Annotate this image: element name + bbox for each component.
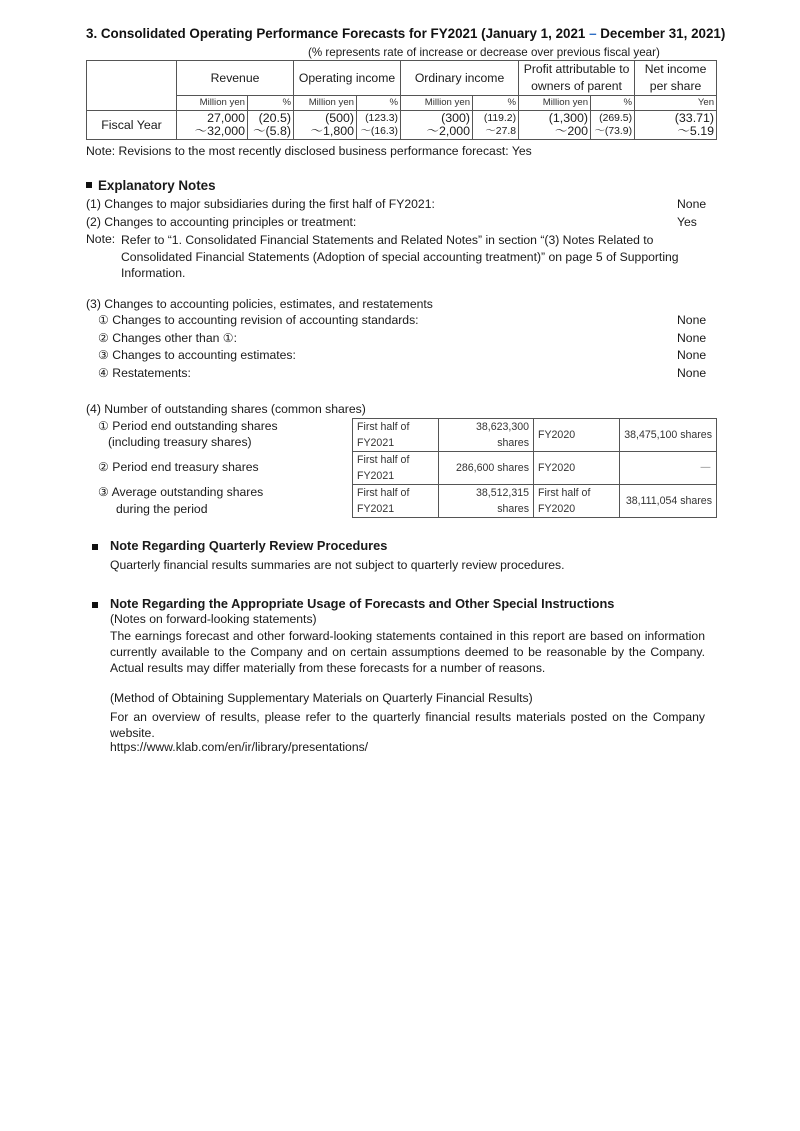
shares-row1-period1: First half ofFY2021 [353,419,439,452]
item2-value: Yes [677,215,697,229]
shares-table: First half ofFY2021 38,623,300 shares FY… [352,418,717,518]
presentations-link[interactable]: https://www.klab.com/en/ir/library/prese… [110,740,368,754]
explanatory-notes-heading: Explanatory Notes [86,178,216,193]
table-row: First half ofFY2021 38,512,315 shares Fi… [353,485,717,518]
square-bullet-icon [86,182,92,188]
item3-sub4-value: None [677,366,706,380]
item3-sub1-value: None [677,313,706,327]
header-net-income: Net income per share [635,61,717,96]
header-profit: Profit attributable to owners of parent [519,61,635,96]
item3-sub3-value: None [677,348,706,362]
unit-operating-income-pct: % [357,96,401,111]
unit-revenue-pct: % [248,96,294,111]
supplementary-subheading: (Method of Obtaining Supplementary Mater… [110,691,533,705]
cell-operating-income-pct: (123.3)～(16.3) [357,111,401,140]
item1-value: None [677,197,706,211]
shares-row1-value2: 38,475,100 shares [620,419,717,452]
cell-profit: (1,300)～200 [519,111,591,140]
cell-revenue: 27,000～32,000 [177,111,248,140]
shares-row3-label-line2: during the period [116,502,207,516]
header-ordinary-income: Ordinary income [401,61,519,96]
note-text: Refer to “1. Consolidated Financial Stat… [121,232,691,282]
cell-operating-income: (500)～1,800 [294,111,357,140]
supplementary-paragraph: For an overview of results, please refer… [110,709,705,741]
item3-label: (3) Changes to accounting policies, esti… [86,297,433,311]
cell-revenue-pct: (20.5)～(5.8) [248,111,294,140]
shares-row1-label-line1: ① Period end outstanding shares [98,419,278,433]
item3-sub2-value: None [677,331,706,345]
unit-profit-pct: % [591,96,635,111]
shares-row1-period2: FY2020 [534,419,620,452]
item3-sub2-label: ② Changes other than ①: [98,331,237,345]
revision-note: Note: Revisions to the most recently dis… [86,144,532,158]
header-revenue: Revenue [177,61,294,96]
forecast-title-suffix: December 31, 2021) [597,26,726,41]
shares-row3-value1: 38,512,315 shares [439,485,534,518]
header-profit-line2: owners of parent [531,79,622,93]
corner-cell [87,61,177,111]
forecast-usage-heading: Note Regarding the Appropriate Usage of … [110,596,614,611]
unit-ordinary-income-pct: % [473,96,519,111]
unit-net-income: Yen [635,96,717,111]
table-row: First half ofFY2021 38,623,300 shares FY… [353,419,717,452]
header-operating-income: Operating income [294,61,401,96]
item4-label: (4) Number of outstanding shares (common… [86,402,366,416]
row-label-fiscal-year: Fiscal Year [87,111,177,140]
forward-looking-paragraph: The earnings forecast and other forward-… [110,628,705,676]
item2-label: (2) Changes to accounting principles or … [86,215,356,229]
header-profit-line1: Profit attributable to [524,62,630,76]
shares-row3-label-line1: ③ Average outstanding shares [98,485,263,499]
shares-row3-period2: First half ofFY2020 [534,485,620,518]
table-row: First half ofFY2021 286,600 shares FY202… [353,452,717,485]
square-bullet-icon [92,544,98,550]
quarterly-review-text: Quarterly financial results summaries ar… [110,558,565,572]
note-label: Note: [86,232,115,246]
shares-row2-label-line1: ② Period end treasury shares [98,460,259,474]
quarterly-review-heading: Note Regarding Quarterly Review Procedur… [110,538,387,553]
forward-looking-subheading: (Notes on forward-looking statements) [110,612,317,626]
cell-profit-pct: (269.5)～(73.9) [591,111,635,140]
forecast-title-dash: – [589,26,596,41]
rate-note: (% represents rate of increase or decrea… [308,46,660,59]
unit-ordinary-income: Million yen [401,96,473,111]
shares-row3-period1: First half ofFY2021 [353,485,439,518]
table-row: Fiscal Year 27,000～32,000 (20.5)～(5.8) (… [87,111,717,140]
item1-label: (1) Changes to major subsidiaries during… [86,197,435,211]
shares-row1-value1: 38,623,300 shares [439,419,534,452]
header-net-income-line2: per share [650,79,702,93]
unit-profit: Million yen [519,96,591,111]
shares-row1-label-line2: (including treasury shares) [108,435,252,449]
cell-ordinary-income-pct: (119.2)～27.8 [473,111,519,140]
item3-sub3-label: ③ Changes to accounting estimates: [98,348,296,362]
item3-sub1-label: ① Changes to accounting revision of acco… [98,313,419,327]
item3-sub4-label: ④ Restatements: [98,366,191,380]
shares-row2-period2: FY2020 [534,452,620,485]
unit-revenue: Million yen [177,96,248,111]
forecast-title: 3. Consolidated Operating Performance Fo… [86,26,725,41]
header-net-income-line1: Net income [645,62,707,76]
shares-row2-value2: － [620,452,717,485]
shares-row2-value1: 286,600 shares [439,452,534,485]
cell-ordinary-income: (300)～2,000 [401,111,473,140]
forecast-table: Revenue Operating income Ordinary income… [86,60,717,140]
square-bullet-icon [92,602,98,608]
shares-row2-period1: First half ofFY2021 [353,452,439,485]
cell-net-income-per-share: (33.71)～5.19 [635,111,717,140]
unit-operating-income: Million yen [294,96,357,111]
shares-row3-value2: 38,111,054 shares [620,485,717,518]
forecast-title-prefix: 3. Consolidated Operating Performance Fo… [86,26,589,41]
